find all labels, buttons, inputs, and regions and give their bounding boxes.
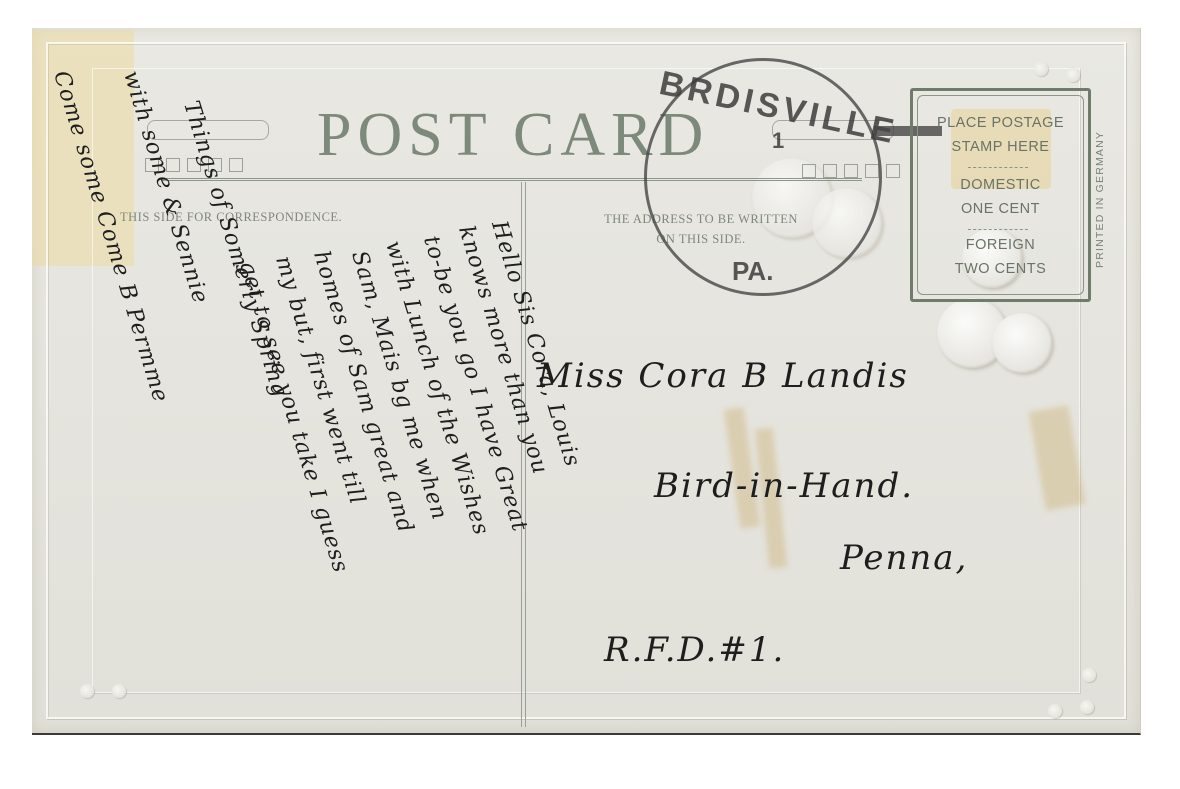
embossed-dot: [1034, 62, 1048, 76]
postmark-date: 1: [772, 128, 784, 154]
address-name: Miss Cora B Landis: [537, 356, 909, 396]
embossed-dot: [1066, 68, 1080, 82]
address-state: Penna,: [840, 538, 968, 578]
embossed-dot: [1080, 700, 1094, 714]
printed-in-germany: PRINTED IN GERMANY: [1094, 131, 1106, 268]
embossed-dot: [112, 684, 126, 698]
postcard: POST CARD THIS SIDE FOR CORRESPONDENCE. …: [32, 28, 1141, 735]
embossed-dot: [1048, 704, 1062, 718]
stamp-line-two-cents: TWO CENTS: [913, 261, 1088, 277]
address-town: Bird-in-Hand.: [654, 466, 914, 506]
embossed-dot: [1082, 668, 1096, 682]
stamp-line-foreign: FOREIGN: [913, 237, 1088, 253]
stamp-line-domestic: DOMESTIC: [913, 177, 1088, 193]
stamp-line-stamp-here: STAMP HERE: [913, 139, 1088, 155]
embossed-flower-petal: [992, 313, 1052, 373]
embossed-dot: [80, 684, 94, 698]
stamp-separator: [968, 229, 1028, 230]
address-route: R.F.D.#1.: [604, 630, 785, 670]
stamp-separator: [968, 167, 1028, 168]
stamp-line-place-postage: PLACE POSTAGE: [913, 115, 1088, 131]
stamp-placement-box: PLACE POSTAGE STAMP HERE DOMESTIC ONE CE…: [910, 88, 1091, 302]
postmark-state: PA.: [732, 256, 773, 287]
stamp-line-one-cent: ONE CENT: [913, 201, 1088, 217]
